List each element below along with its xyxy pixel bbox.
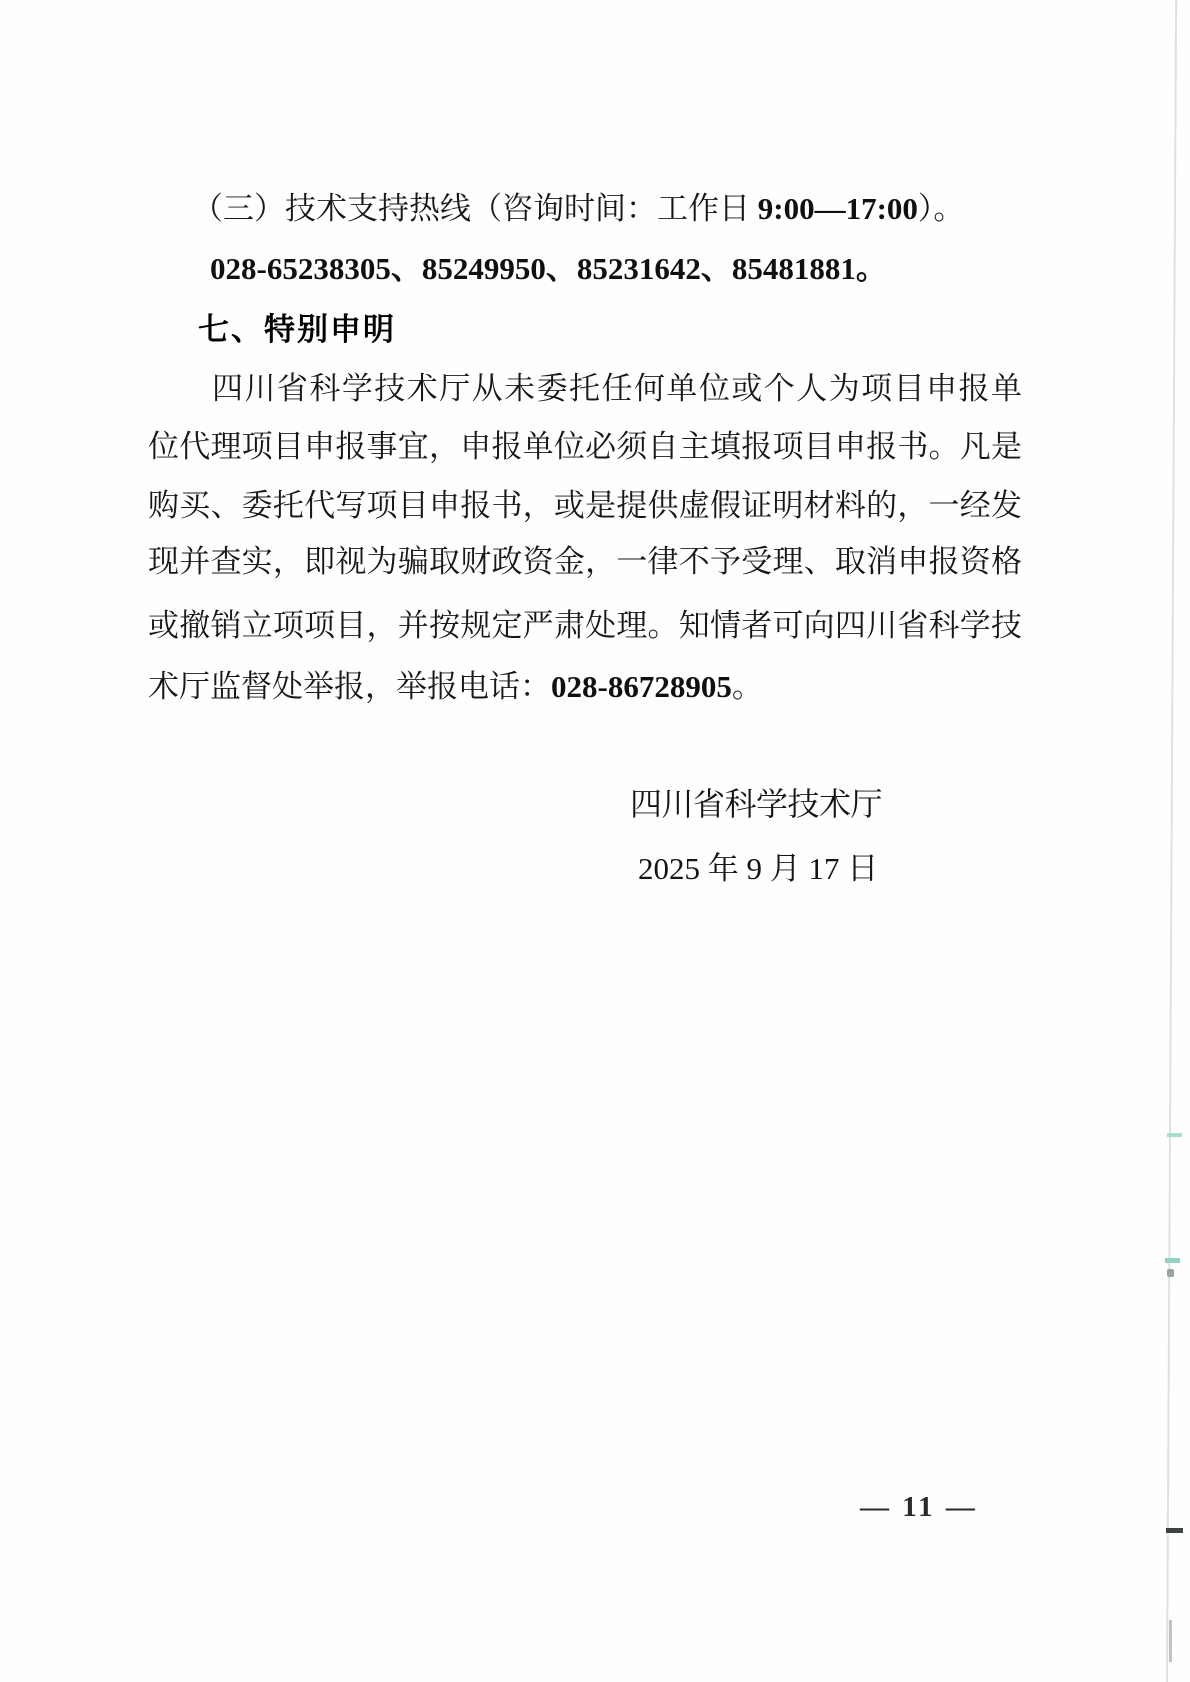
report-text-pre: 术厅监督处举报，举报电话： — [148, 669, 551, 704]
page-number: — 11 — — [860, 1490, 978, 1524]
section-heading: 七、特别申明 — [148, 310, 1072, 350]
scan-artifact-vertical-line — [1166, 0, 1177, 1682]
scan-artifact-gray-blob — [1167, 1269, 1174, 1277]
scan-artifact-teal-tick — [1165, 1258, 1180, 1263]
hotline-text-pre: （三）技术支持热线（咨询时间：工作日 — [192, 191, 758, 226]
hotline-text-post: ）。 — [918, 191, 965, 226]
scan-artifact-dark-tick — [1166, 1528, 1183, 1533]
paragraph-line: 四川省科学技术厅从未委托任何单位或个人为项目申报单 — [148, 369, 1022, 409]
scan-artifact-smudge — [1169, 1620, 1172, 1662]
paragraph-line: 位代理项目申报事宜，申报单位必须自主填报项目申报书。凡是 — [148, 427, 1022, 467]
signature-date: 2025 年 9 月 17 日 — [638, 849, 878, 889]
document-page: （三）技术支持热线（咨询时间：工作日 9:00—17:00）。 028-6523… — [0, 0, 1190, 1682]
report-phone-number: 028-86728905 — [551, 669, 732, 704]
paragraph-line: 或撤销立项项目，并按规定严肃处理。知情者可向四川省科学技 — [148, 606, 1022, 646]
hotline-hours: 9:00—17:00 — [758, 191, 918, 226]
paragraph-line: 现并查实，即视为骗取财政资金，一律不予受理、取消申报资格 — [148, 542, 1022, 582]
signature-organization: 四川省科学技术厅 — [630, 784, 882, 824]
hotline-line: （三）技术支持热线（咨询时间：工作日 9:00—17:00）。 — [148, 189, 1066, 229]
report-text-post: 。 — [732, 669, 763, 704]
paragraph-line: 购买、委托代写项目申报书，或是提供虚假证明材料的，一经发 — [148, 486, 1022, 526]
report-line: 术厅监督处举报，举报电话：028-86728905。 — [148, 667, 1022, 707]
scan-artifact-teal-tick — [1167, 1133, 1182, 1137]
support-phone-numbers: 028-65238305、85249950、85231642、85481881。 — [148, 249, 1084, 289]
